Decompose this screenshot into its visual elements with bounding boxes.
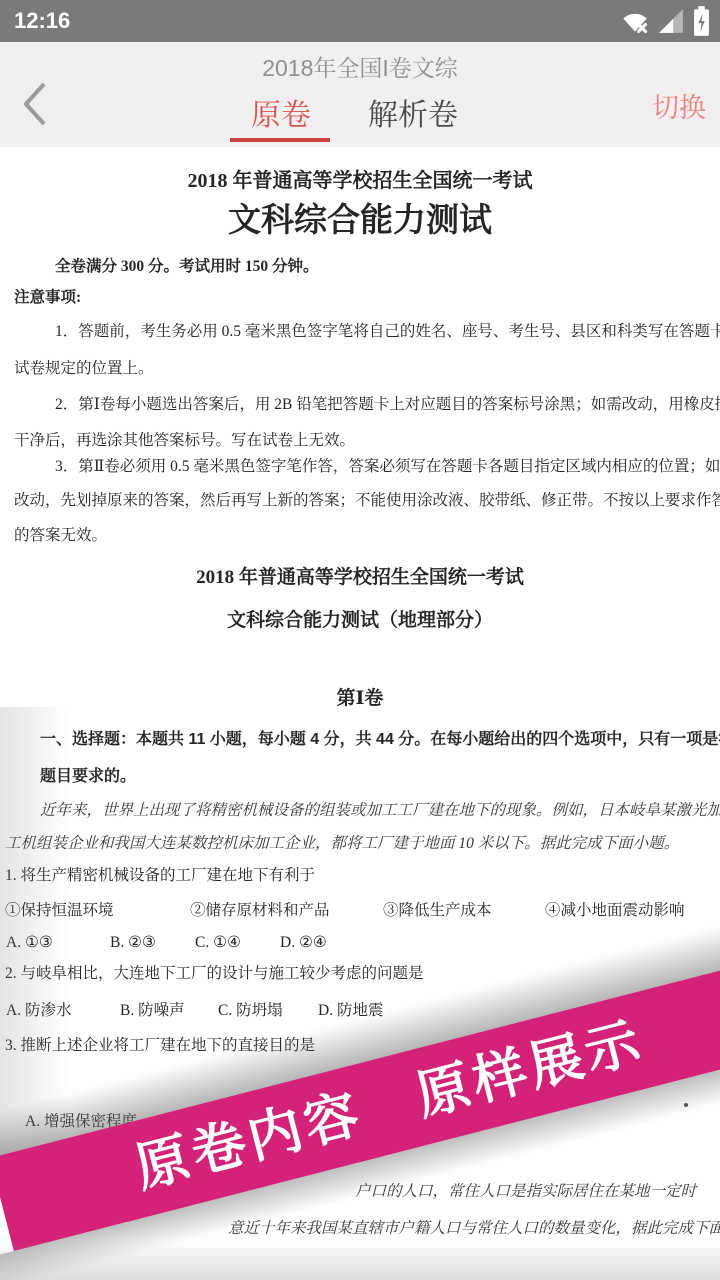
doc-exam-session: 2018 年普通高等学校招生全国统一考试 <box>0 169 720 193</box>
doc-note3-line3: 的答案无效。 <box>14 527 107 546</box>
switch-button[interactable]: 切换 <box>652 86 706 125</box>
q1-choice-3: ③降低生产成本 <box>383 902 492 921</box>
doc-volume-title: 第Ⅰ卷 <box>0 688 720 711</box>
doc-score-info: 全卷满分 300 分。考试用时 150 分钟。 <box>55 258 319 277</box>
doc-note2-line1: 2．第Ⅰ卷每小题选出答案后，用 2B 铅笔把答题卡上对应题目的答案标号涂黑；如需… <box>55 396 720 415</box>
q1-answer-c: C. ①④ <box>195 934 241 953</box>
doc-note1-line1: 1．答题前，考生务必用 0.5 毫米黑色签字笔将自己的姓名、座号、考生号、县区和… <box>55 323 720 342</box>
doc-note3-line1: 3．第Ⅱ卷必须用 0.5 毫米黑色签字笔作答，答案必须写在答题卡各题目指定区域内… <box>55 458 720 477</box>
q2-answer-b: B. 防噪声 <box>120 1002 185 1021</box>
q1-answer-b: B. ②③ <box>110 934 156 953</box>
back-chevron-icon <box>20 80 50 128</box>
signal-icon <box>658 8 684 34</box>
doc-passage1-line2: 工机组装企业和我国大连某数控机床加工企业，都将工厂建于地面 10 米以下。据此完… <box>5 835 679 854</box>
status-icons <box>621 0 710 42</box>
q1-choice-2: ②储存原材料和产品 <box>190 902 330 921</box>
tab-analysis-paper[interactable]: 解析卷 <box>368 90 458 134</box>
doc-notes-heading: 注意事项: <box>14 289 81 308</box>
doc-instruction-line1: 一、选择题：本题共 11 小题，每小题 4 分，共 44 分。在每小题给出的四个… <box>40 730 720 749</box>
doc-note2-line2: 干净后，再选涂其他答案标号。写在试卷上无效。 <box>14 432 355 451</box>
q1-choice-4: ④减小地面震动影响 <box>545 902 685 921</box>
header: 2018年全国I卷文综 原卷 解析卷 切换 <box>0 42 720 147</box>
doc-exam-title: 文科综合能力测试 <box>0 202 720 242</box>
doc-note1-line2: 试卷规定的位置上。 <box>14 360 154 379</box>
battery-charging-icon <box>693 6 710 36</box>
clock: 12:16 <box>14 0 70 42</box>
q1-answer-d: D. ②④ <box>280 934 327 953</box>
status-bar: 12:16 <box>0 0 720 42</box>
doc-passage1-line1: 近年来，世界上出现了将精密机械设备的组装或加工工厂建在地下的现象。例如，日本岐阜… <box>40 802 720 821</box>
wifi-off-icon <box>621 7 649 35</box>
q2-answer-c: C. 防坍塌 <box>218 1002 283 1021</box>
exam-paper-view[interactable]: 2018 年普通高等学校招生全国统一考试 文科综合能力测试 全卷满分 300 分… <box>0 147 720 1280</box>
doc-section-title: 文科综合能力测试（地理部分） <box>0 610 720 633</box>
app-screen: 12:16 2018年全国I卷文综 <box>0 0 720 1280</box>
doc-covered-line1: 户口的人口，常住人口是指实际居住在某地一定时 <box>355 1183 696 1202</box>
tab-original-paper[interactable]: 原卷 <box>251 90 311 134</box>
doc-note3-line2: 改动，先划掉原来的答案，然后再写上新的答案；不能使用涂改液、胶带纸、修正带。不按… <box>14 492 720 511</box>
doc-section-session: 2018 年普通高等学校招生全国统一考试 <box>0 567 720 590</box>
doc-covered-line2: 意近十年来我国某直辖市户籍人口与常住人口的数量变化，据此完成下面 <box>228 1220 720 1239</box>
page-title: 2018年全国I卷文综 <box>0 50 720 83</box>
back-button[interactable] <box>20 80 56 128</box>
active-tab-underline <box>230 138 330 142</box>
scan-shadow-bottom <box>0 1240 720 1280</box>
